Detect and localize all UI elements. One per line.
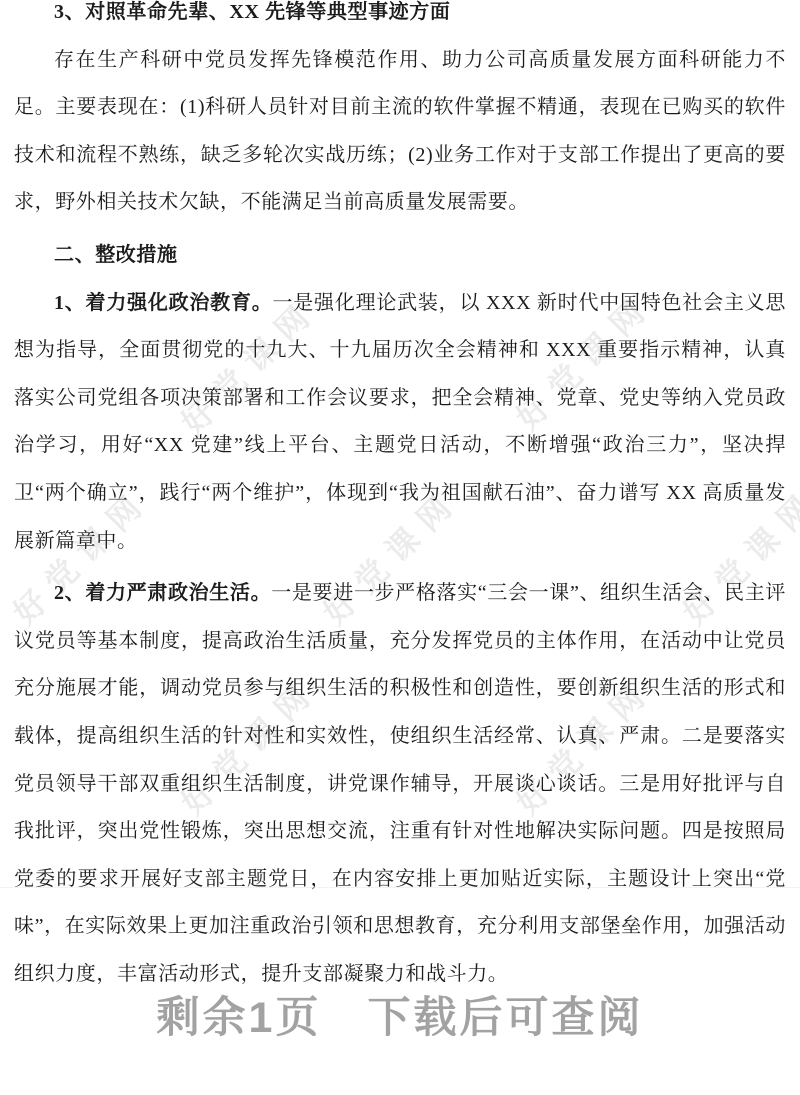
download-notice-banner[interactable]: 剩余1页 下载后可查阅 (0, 984, 800, 1045)
text-run: 一是强化理论武装，以 XXX 新时代中国特色社会主义思想为指导，全面贯彻党的十九… (14, 292, 786, 552)
text-run: 3、对照革命先辈、XX 先锋等典型事迹方面 (54, 1, 451, 23)
text-run: 一是要进一步严格落实“三会一课”、组织生活会、民主评议党员等基本制度，提高政治生… (14, 582, 786, 985)
paragraph-heading: 二、整改措施 (14, 232, 786, 280)
text-run: 存在生产科研中党员发挥先锋模范作用、助力公司高质量发展方面科研能力不足。主要表现… (14, 49, 786, 214)
pages-remaining-label: 剩余1页 (157, 984, 322, 1045)
paragraph: 1、着力强化政治教育。一是强化理论武装，以 XXX 新时代中国特色社会主义思想为… (14, 280, 786, 566)
paragraph-heading: 3、对照革命先辈、XX 先锋等典型事迹方面 (14, 0, 786, 37)
text-run: 2、着力严肃政治生活。 (54, 582, 271, 604)
document-preview-page: { "page": { "background": "#ffffff", "te… (0, 0, 800, 1095)
paragraph: 2、着力严肃政治生活。一是要进一步严格落实“三会一课”、组织生活会、民主评议党员… (14, 570, 786, 998)
paragraph: 存在生产科研中党员发挥先锋模范作用、助力公司高质量发展方面科研能力不足。主要表现… (14, 37, 786, 227)
download-hint-label: 下载后可查阅 (367, 984, 643, 1045)
text-run: 1、着力强化政治教育。 (54, 292, 273, 314)
document-body: 3、对照革命先辈、XX 先锋等典型事迹方面存在生产科研中党员发挥先锋模范作用、助… (0, 0, 800, 998)
text-run: 二、整改措施 (54, 244, 178, 266)
